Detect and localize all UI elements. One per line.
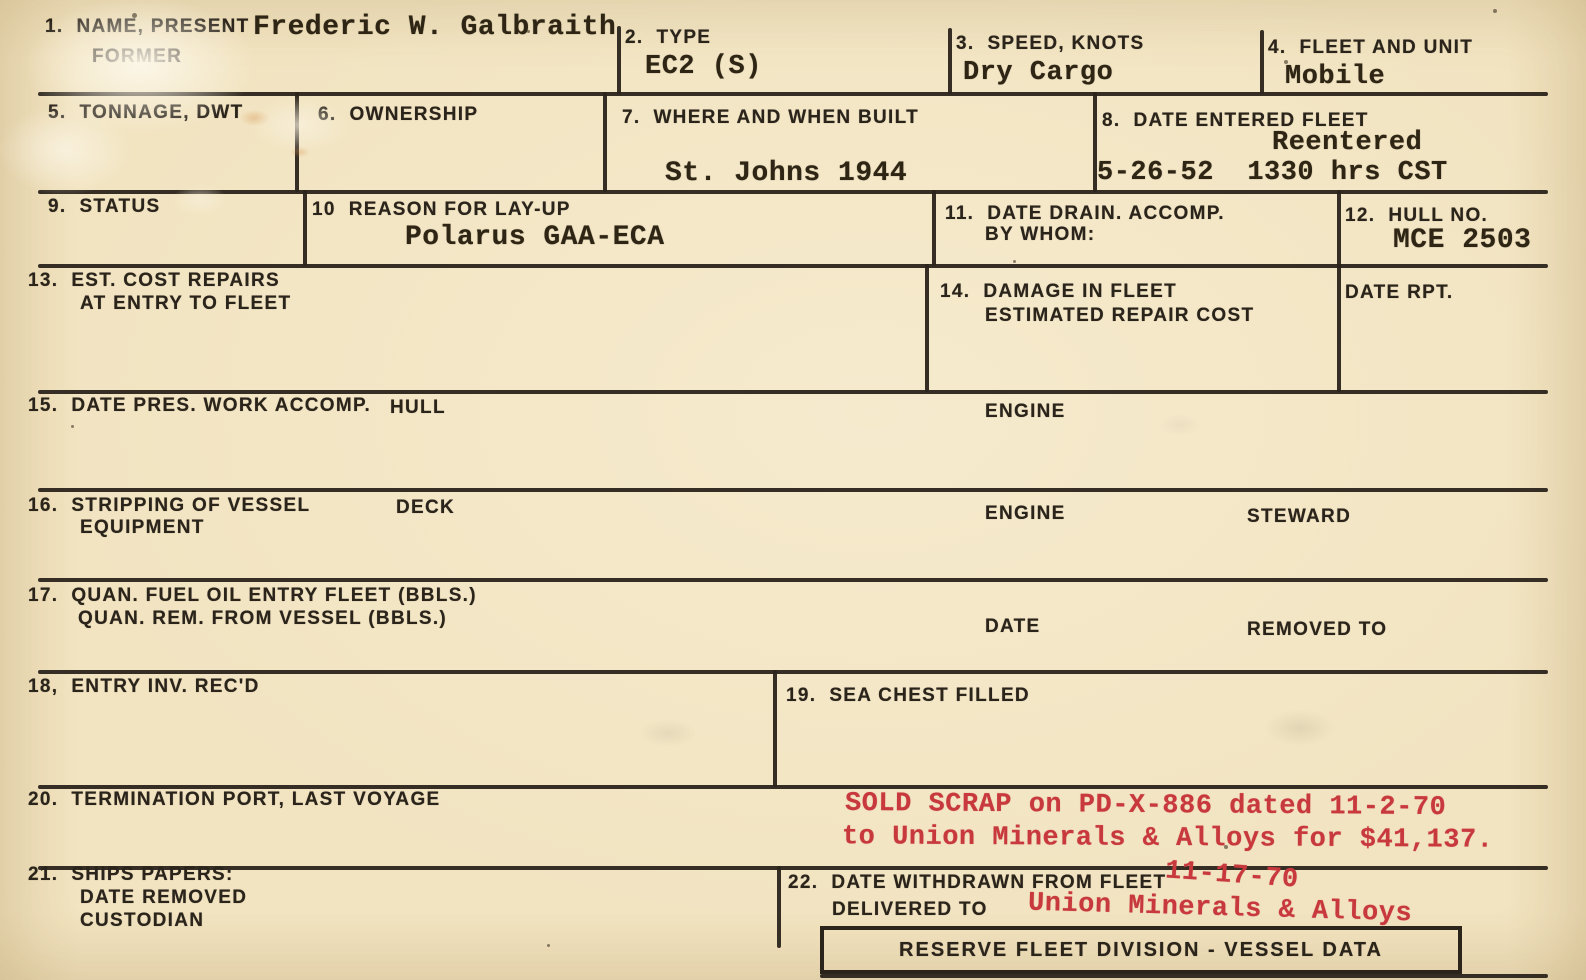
field-fuel-date-label: DATE xyxy=(985,616,1041,638)
field-drain-bywhom-label: BY WHOM: xyxy=(985,224,1095,246)
field-ownership-label: 6.OWNERSHIP xyxy=(318,104,478,126)
rule-bottom-edge xyxy=(820,974,1548,978)
field-stripping-engine-label: ENGINE xyxy=(985,503,1066,525)
divider-ownership-built xyxy=(603,92,607,192)
field-status-label: 9.STATUS xyxy=(48,196,160,218)
paper-speck xyxy=(547,944,550,947)
field-preswork-hull-label: HULL xyxy=(390,397,446,419)
field-stripping-equipment-label: EQUIPMENT xyxy=(80,517,205,539)
field-shipspapers-custodian-label: CUSTODIAN xyxy=(80,910,204,932)
field-built-label: 7.WHERE AND WHEN BUILT xyxy=(622,107,919,129)
field-estcost-sub-label: AT ENTRY TO FLEET xyxy=(80,293,291,315)
divider-drain-hullno xyxy=(1337,190,1341,266)
field-daterpt-label: DATE RPT. xyxy=(1345,282,1453,304)
field-built-value: St. Johns 1944 xyxy=(665,158,907,189)
rule-row6-bottom xyxy=(38,578,1548,582)
divider-status-layup xyxy=(303,190,307,266)
field-dateentered-value: 5-26-52 1330 hrs CST xyxy=(1097,158,1448,188)
field-seachest-label: 19.SEA CHEST FILLED xyxy=(786,685,1030,707)
field-shipspapers-label: 21.SHIPS PAPERS: xyxy=(28,864,234,886)
footer-title-box: RESERVE FLEET DIVISION - VESSEL DATA xyxy=(820,926,1462,974)
divider-estcost-damage xyxy=(925,264,929,392)
field-fleetunit-value: Mobile xyxy=(1285,62,1385,92)
rule-row2-bottom xyxy=(38,190,1548,194)
field-stripping-deck-label: DECK xyxy=(396,497,455,519)
paper-speck xyxy=(1013,260,1016,263)
field-withdrawn-deliveredto-label: DELIVERED TO xyxy=(832,899,988,921)
paper-speck xyxy=(71,425,74,428)
field-type-label: 2.TYPE xyxy=(625,27,711,49)
field-preswork-engine-label: ENGINE xyxy=(985,401,1066,423)
paper-speck xyxy=(1284,60,1288,64)
field-termination-label: 20.TERMINATION PORT, LAST VOYAGE xyxy=(28,789,441,811)
rule-row5-bottom xyxy=(38,488,1548,492)
field-fuel-sub-label: QUAN. REM. FROM VESSEL (BBLS.) xyxy=(78,608,447,630)
vessel-data-card: 1.NAME, PRESENT FORMER Frederic W. Galbr… xyxy=(0,0,1586,980)
field-preswork-label: 15.DATE PRES. WORK ACCOMP. xyxy=(28,395,371,417)
field-stripping-steward-label: STEWARD xyxy=(1247,506,1351,528)
stamp-sold-scrap-line2: to Union Minerals & Alloys for $41,137. xyxy=(842,822,1494,855)
paper-speck xyxy=(1493,9,1497,13)
field-estcost-label: 13.EST. COST REPAIRS xyxy=(28,270,280,292)
field-layup-label: 10REASON FOR LAY-UP xyxy=(312,199,571,221)
field-stripping-label: 16.STRIPPING OF VESSEL xyxy=(28,495,310,517)
field-damage-label: 14.DAMAGE IN FLEET xyxy=(940,281,1177,303)
paper-speck xyxy=(132,13,137,18)
field-speed-value: Dry Cargo xyxy=(963,58,1113,88)
stamp-sold-scrap-line1: SOLD SCRAP on PD-X-886 dated 11-2-70 xyxy=(845,789,1446,823)
divider-tonnage-ownership xyxy=(295,92,299,192)
divider-layup-drain xyxy=(932,190,936,266)
field-withdrawn-date-value: 11-17-70 xyxy=(1164,856,1299,895)
field-name-former-label: FORMER xyxy=(92,46,182,68)
footer-title: RESERVE FLEET DIVISION - VESSEL DATA xyxy=(899,939,1383,962)
field-hullno-label: 12.HULL NO. xyxy=(1345,205,1488,227)
field-name-label: 1.NAME, PRESENT xyxy=(45,16,250,38)
field-fleetunit-label: 4.FLEET AND UNIT xyxy=(1268,37,1473,59)
rule-row7-bottom xyxy=(38,670,1548,674)
field-drain-label: 11.DATE DRAIN. ACCOMP. xyxy=(945,203,1225,225)
rule-row4-bottom xyxy=(38,390,1548,394)
field-withdrawn-delivered-value: Union Minerals & Alloys xyxy=(1028,889,1413,930)
paper-speck xyxy=(527,30,530,33)
divider-entryinv-seachest xyxy=(773,670,777,787)
field-fuel-label: 17.QUAN. FUEL OIL ENTRY FLEET (BBLS.) xyxy=(28,585,477,607)
divider-name-type xyxy=(617,26,621,94)
rule-row3-bottom xyxy=(38,264,1548,268)
rule-row9-bottom xyxy=(38,866,1548,870)
field-type-value: EC2 (S) xyxy=(645,52,762,82)
field-name-value: Frederic W. Galbraith xyxy=(253,12,616,43)
divider-shipspapers-withdrawn xyxy=(777,866,781,948)
field-tonnage-label: 5.TONNAGE, DWT xyxy=(48,102,244,124)
divider-speed-fleet xyxy=(1260,30,1264,94)
field-speed-label: 3.SPEED, KNOTS xyxy=(956,33,1145,55)
field-hullno-value: MCE 2503 xyxy=(1393,225,1531,256)
field-fuel-removedto-label: REMOVED TO xyxy=(1247,619,1387,641)
divider-damage-daterpt xyxy=(1337,264,1341,392)
field-entryinv-label: 18,ENTRY INV. REC'D xyxy=(28,676,260,698)
divider-type-speed xyxy=(948,28,952,94)
paper-speck xyxy=(1224,845,1228,849)
field-shipspapers-dateremoved-label: DATE REMOVED xyxy=(80,887,247,909)
rule-row1-bottom xyxy=(38,92,1548,96)
field-damage-sub-label: ESTIMATED REPAIR COST xyxy=(985,305,1254,327)
field-dateentered-reentered: Reentered xyxy=(1272,128,1422,158)
field-layup-value: Polarus GAA-ECA xyxy=(405,222,665,253)
